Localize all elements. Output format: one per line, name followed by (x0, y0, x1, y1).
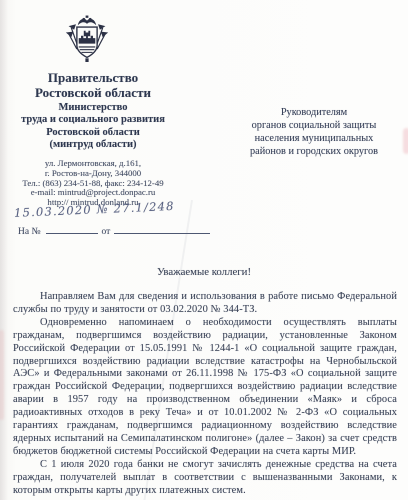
letterhead-government: Правительство Ростовской области (0, 70, 186, 100)
government-line: Ростовской области (0, 85, 186, 100)
letterhead-ministry: Министерство труда и социального развити… (0, 102, 186, 152)
body-paragraph: Направляем Вам для сведения и использова… (13, 291, 397, 317)
ministry-line: труда и социального развития (0, 114, 186, 126)
reply-number-blank (46, 224, 98, 234)
addressee-line: органов социальной защиты (230, 119, 398, 132)
ministry-line: Ростовской области (0, 127, 186, 139)
government-line: Правительство (0, 70, 186, 85)
letter-body: Направляем Вам для сведения и использова… (13, 291, 397, 498)
addressee-line: населения муниципальных (230, 132, 398, 145)
ministry-line: Министерство (0, 102, 186, 114)
reply-reference-line: На №от (18, 224, 210, 237)
reply-ot-label: от (102, 227, 111, 237)
scanned-letter-page: Правительство Ростовской области Министе… (0, 0, 408, 500)
salutation: Уважаемые коллеги! (0, 266, 408, 278)
addressee-block: Руководителям органов социальной защиты … (230, 106, 398, 158)
reply-date-blank (114, 224, 210, 234)
scan-smudge (0, 330, 4, 420)
rostov-oblast-coat-of-arms-icon (0, 14, 186, 64)
body-paragraph: С 1 июля 2020 года банки не смогут зачис… (13, 459, 397, 498)
ministry-line: (минтруд области) (0, 139, 186, 151)
body-paragraph: Одновременно напоминаем о необходимости … (13, 317, 397, 459)
reply-na-label: На № (18, 227, 41, 237)
scan-smudge (403, 128, 408, 154)
addressee-line: районов и городских округов (230, 145, 398, 158)
addressee-line: Руководителям (230, 106, 398, 119)
